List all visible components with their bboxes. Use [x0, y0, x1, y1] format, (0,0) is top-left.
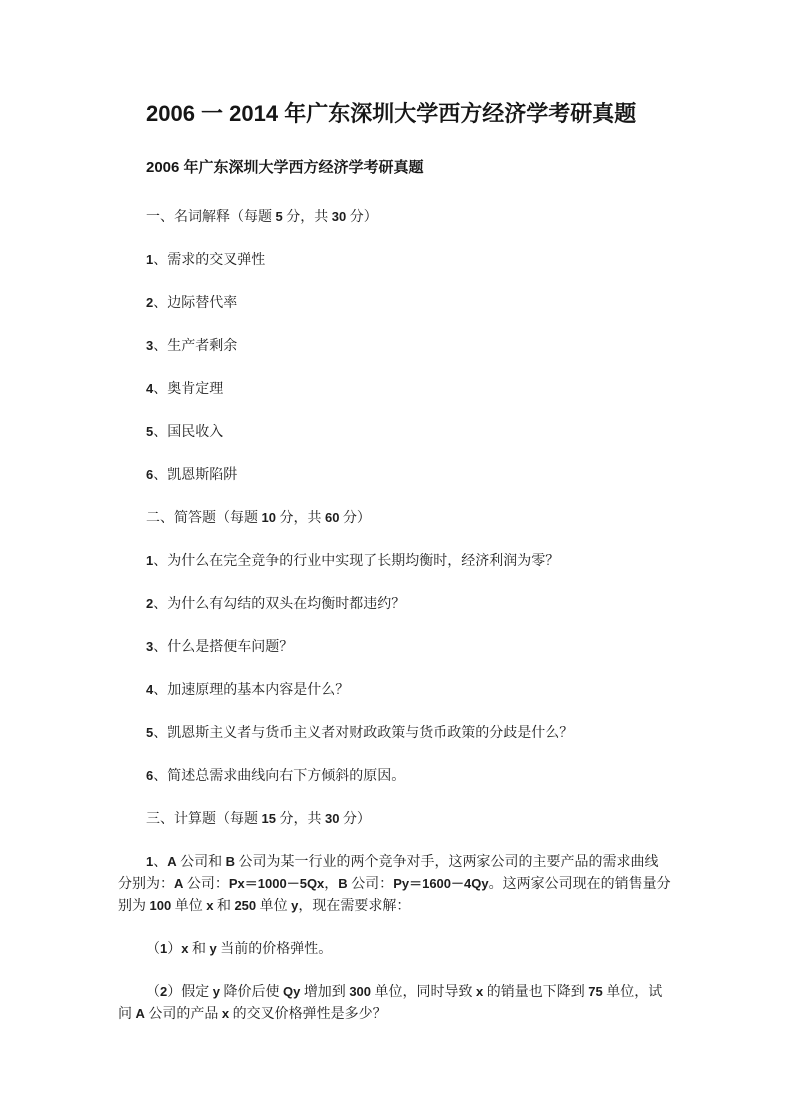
paragraph-line: 1、A 公司和 B 公司为某一行业的两个竞争对手，这两家公司的主要产品的需求曲线 — [118, 851, 750, 873]
section-heading-terms: 一、名词解释（每题 5 分，共 30 分） — [118, 206, 750, 228]
question-item: 2、为什么有勾结的双头在均衡时都违约？ — [118, 593, 750, 615]
question-item: 3、什么是搭便车问题？ — [118, 636, 750, 658]
term-item: 1、需求的交叉弹性 — [118, 249, 750, 271]
term-item: 4、奥肯定理 — [118, 378, 750, 400]
exam-year-title: 2006 年广东深圳大学西方经济学考研真题 — [118, 157, 750, 178]
paragraph-line: 分别为：A 公司：Px＝1000－5Qx，B 公司：Py＝1600－4Qy。这两… — [118, 873, 750, 895]
question-item: 1、为什么在完全竞争的行业中实现了长期均衡时，经济利润为零？ — [118, 550, 750, 572]
paragraph-line: （1）x 和 y 当前的价格弹性。 — [118, 938, 750, 960]
problem-paragraph: 1、A 公司和 B 公司为某一行业的两个竞争对手，这两家公司的主要产品的需求曲线… — [118, 851, 750, 917]
document-page: { "document": { "main_title": "2006 一 20… — [0, 0, 790, 1119]
paragraph-line: 问 A 公司的产品 x 的交叉价格弹性是多少？ — [118, 1003, 750, 1025]
paragraph-line: 别为 100 单位 x 和 250 单位 y，现在需要求解： — [118, 895, 750, 917]
main-title: 2006 一 2014 年广东深圳大学西方经济学考研真题 — [118, 97, 750, 130]
term-item: 5、国民收入 — [118, 421, 750, 443]
question-item: 5、凯恩斯主义者与货币主义者对财政政策与货币政策的分歧是什么？ — [118, 722, 750, 744]
question-item: 6、简述总需求曲线向右下方倾斜的原因。 — [118, 765, 750, 787]
section-heading-calculation: 三、计算题（每题 15 分，共 30 分） — [118, 808, 750, 830]
question-item: 4、加速原理的基本内容是什么？ — [118, 679, 750, 701]
sub-question-1: （1）x 和 y 当前的价格弹性。 — [118, 938, 750, 960]
term-item: 3、生产者剩余 — [118, 335, 750, 357]
section-heading-short-answer: 二、简答题（每题 10 分，共 60 分） — [118, 507, 750, 529]
sub-question-2: （2）假定 y 降价后使 Qy 增加到 300 单位，同时导致 x 的销量也下降… — [118, 981, 750, 1025]
document-body: 2006 一 2014 年广东深圳大学西方经济学考研真题 2006 年广东深圳大… — [0, 0, 790, 1025]
paragraph-line: （2）假定 y 降价后使 Qy 增加到 300 单位，同时导致 x 的销量也下降… — [118, 981, 750, 1003]
term-item: 2、边际替代率 — [118, 292, 750, 314]
term-item: 6、凯恩斯陷阱 — [118, 464, 750, 486]
